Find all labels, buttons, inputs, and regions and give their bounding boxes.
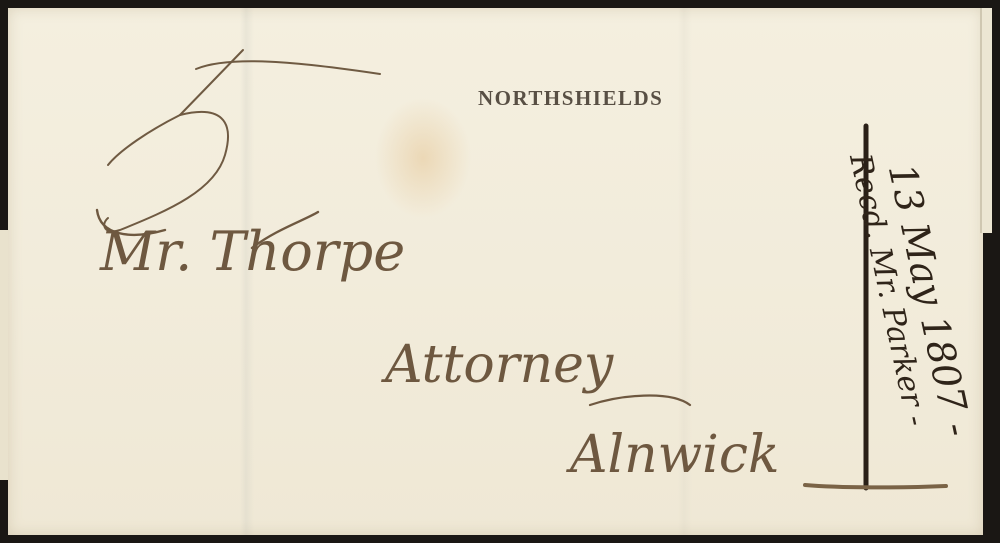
left-fold-flap [0,230,8,480]
addressee-town: Alnwick [570,425,779,485]
northshields-handstamp: NORTHSHIELDS [478,86,663,111]
addressee-profession: Attorney [385,335,613,395]
addressee-name: Mr. Thorpe [100,220,405,283]
right-fold-flap [980,8,992,233]
